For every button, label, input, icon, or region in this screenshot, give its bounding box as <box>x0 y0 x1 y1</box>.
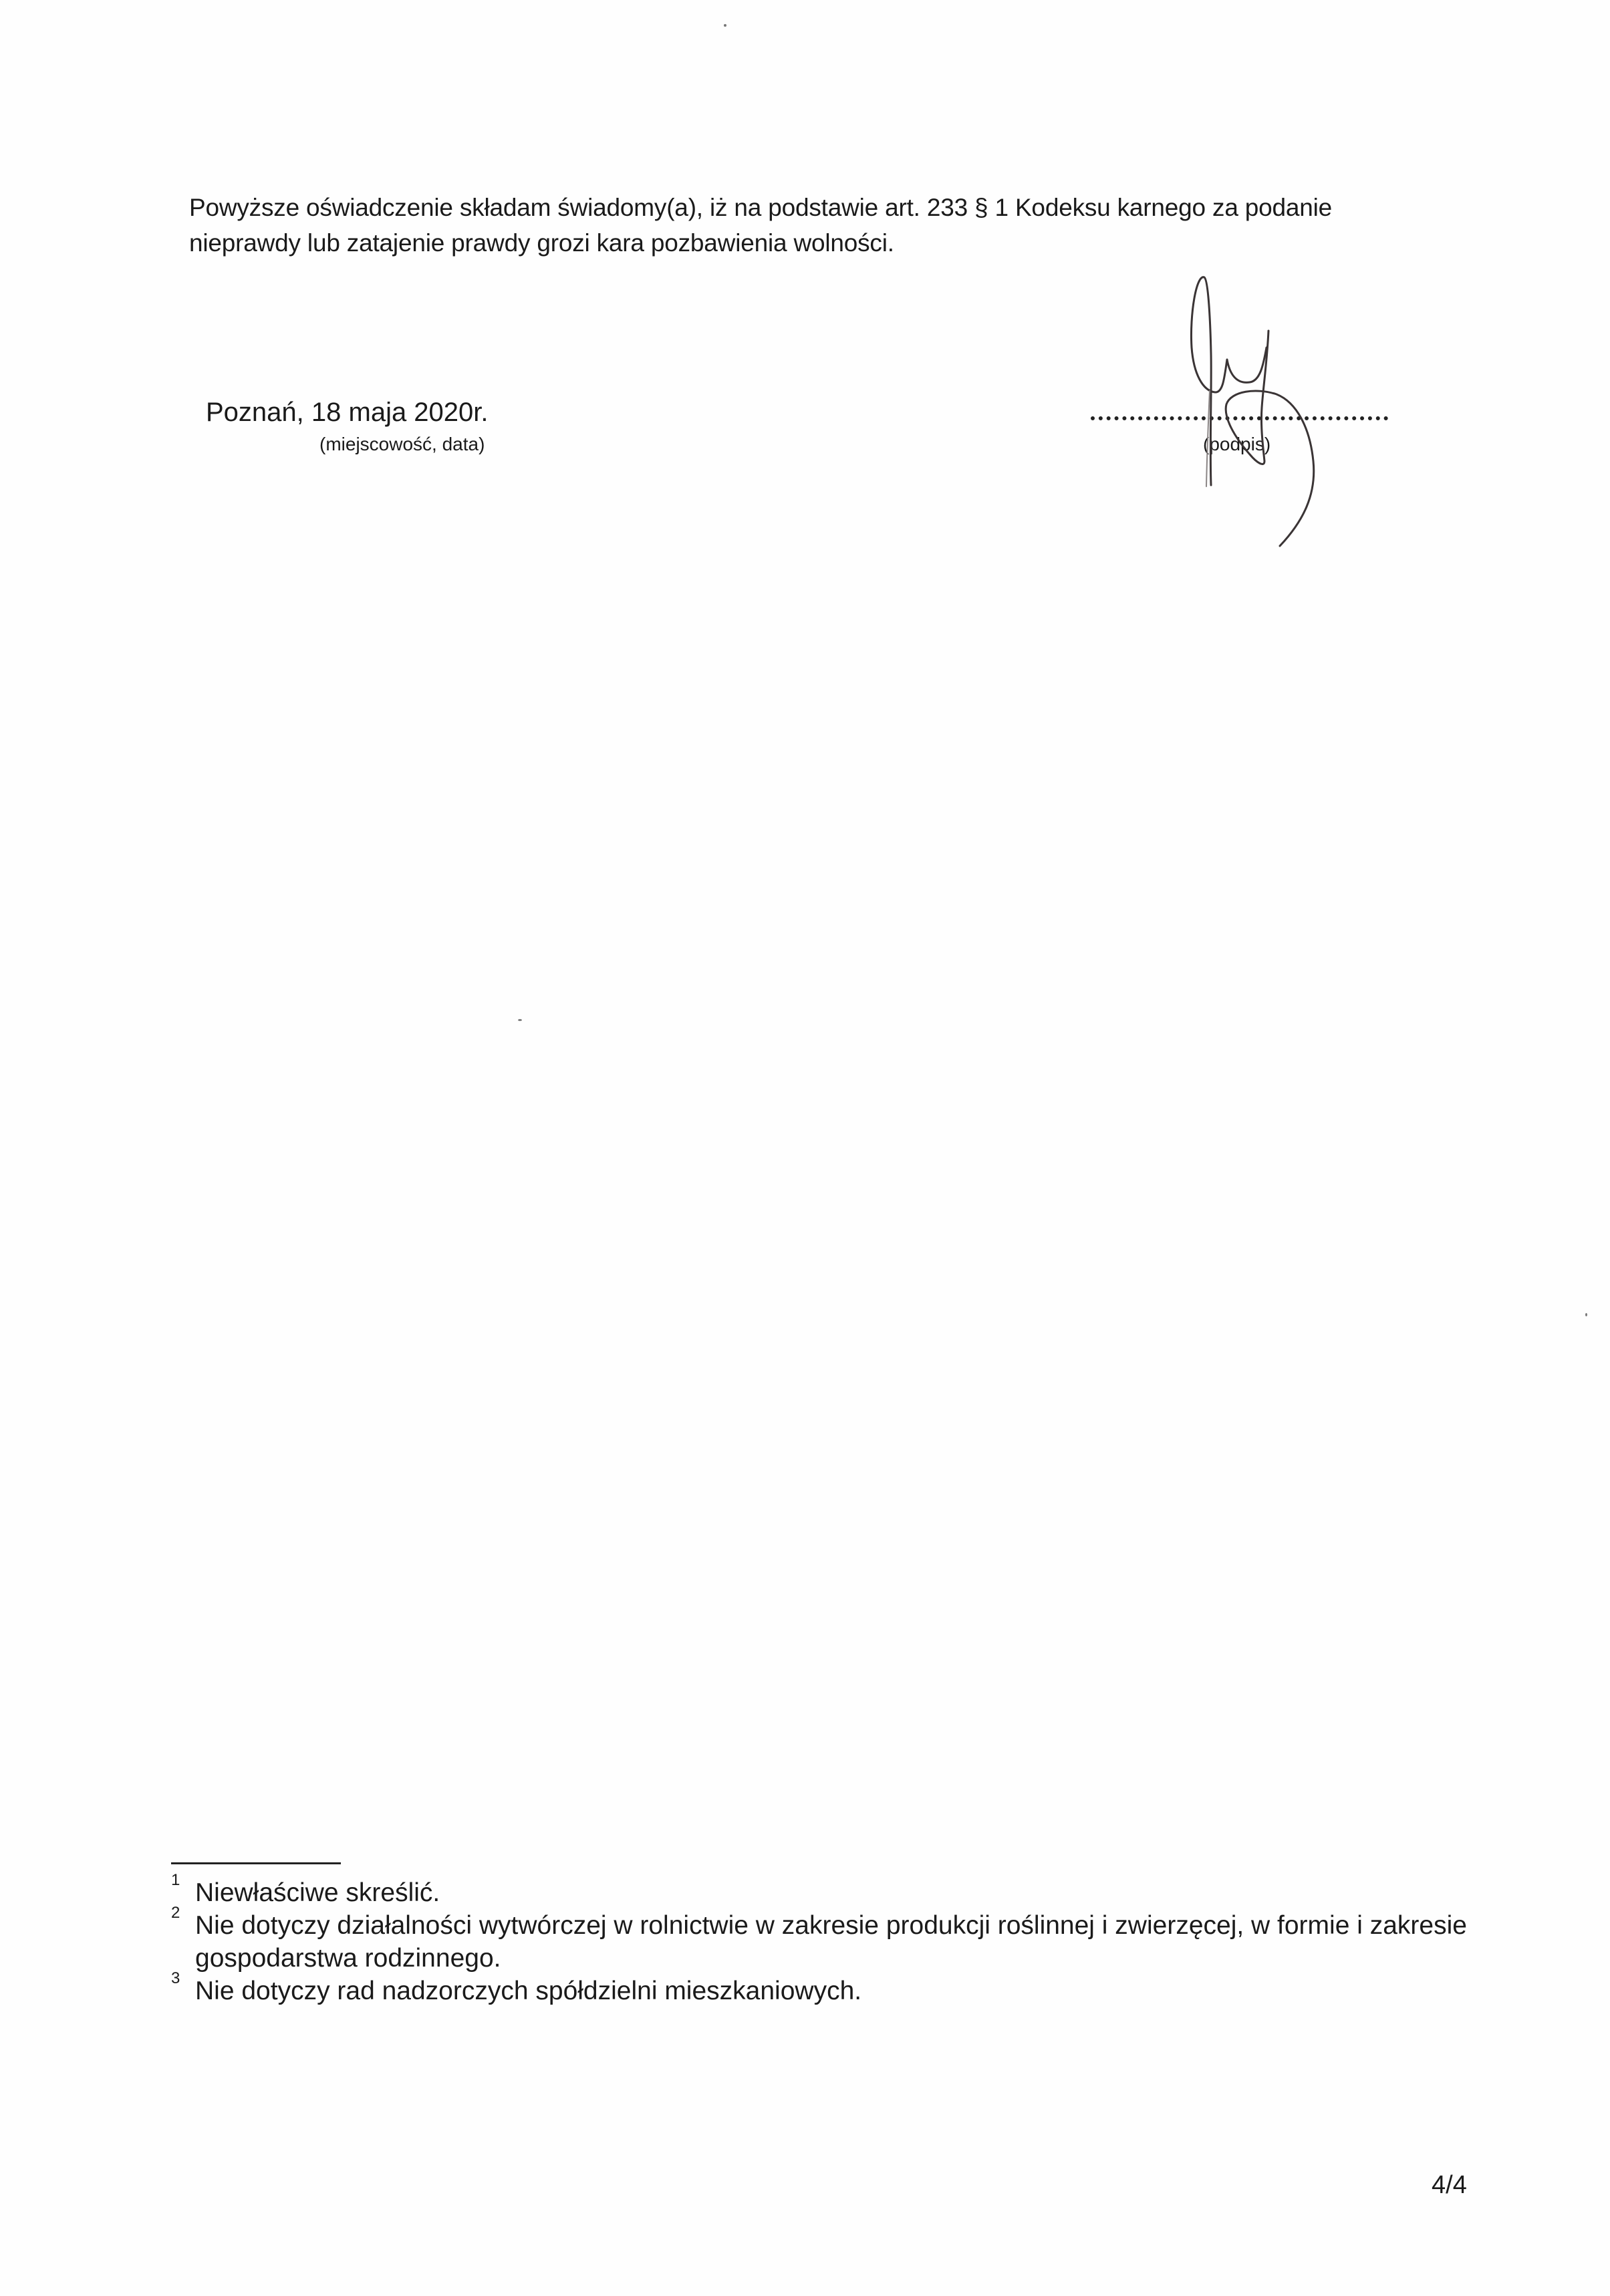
place-date-caption: (miejscowość, data) <box>319 433 485 456</box>
scan-speck <box>518 1019 522 1021</box>
footnote-separator <box>171 1862 341 1864</box>
footnote-text: Nie dotyczy działalności wytwórczej w ro… <box>195 1909 1485 1975</box>
page-number: 4/4 <box>1432 2170 1467 2200</box>
footnote-2: 2 Nie dotyczy działalności wytwórczej w … <box>171 1909 1494 1975</box>
footnote-text: Nie dotyczy rad nadzorczych spółdzielni … <box>195 1975 1494 2007</box>
footnote-text: Niewłaściwe skreślić. <box>195 1876 1494 1909</box>
footnote-1: 1 Niewłaściwe skreślić. <box>171 1876 1494 1909</box>
handwritten-signature <box>1056 254 1403 561</box>
declaration-line-1: Powyższe oświadczenie składam świadomy(a… <box>189 190 1392 225</box>
declaration-statement: Powyższe oświadczenie składam świadomy(a… <box>189 190 1392 261</box>
footnotes: 1 Niewłaściwe skreślić. 2 Nie dotyczy dz… <box>171 1876 1494 2007</box>
footnote-mark: 3 <box>171 1971 180 1987</box>
footnote-mark: 2 <box>171 1905 180 1921</box>
footnote-3: 3 Nie dotyczy rad nadzorczych spółdzieln… <box>171 1975 1494 2007</box>
scan-speck <box>1585 1313 1587 1316</box>
document-page: Powyższe oświadczenie składam świadomy(a… <box>0 0 1610 2296</box>
scan-speck <box>724 24 726 27</box>
footnote-mark: 1 <box>171 1872 180 1888</box>
place-and-date: Poznań, 18 maja 2020r. <box>206 396 489 429</box>
